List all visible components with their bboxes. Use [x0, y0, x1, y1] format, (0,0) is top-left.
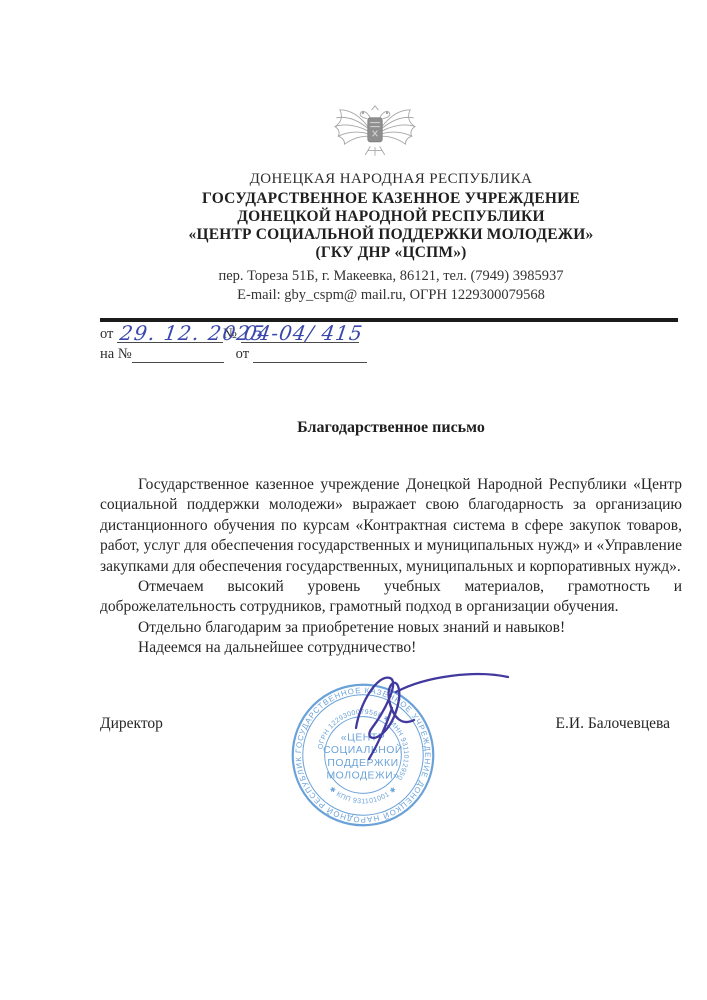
- body-paragraph: Государственное казенное учреждение Доне…: [100, 475, 682, 577]
- outgoing-from-label: от: [100, 326, 113, 342]
- incoming-date-underline: [253, 348, 367, 363]
- letterhead-org-line3: «ЦЕНТР СОЦИАЛЬНОЙ ПОДДЕРЖКИ МОЛОДЕЖИ»: [100, 226, 682, 244]
- letterhead: ДОНЕЦКАЯ НАРОДНАЯ РЕСПУБЛИКА ГОСУДАРСТВЕ…: [100, 0, 682, 304]
- emblem-wrap: [84, 100, 666, 163]
- svg-text:✱ КПП 931101001 ✱: ✱ КПП 931101001 ✱: [328, 785, 398, 805]
- dnr-eagle-emblem-icon: [327, 100, 423, 158]
- letterhead-org-line2: ДОНЕЦКОЙ НАРОДНОЙ РЕСПУБЛИКИ: [100, 208, 682, 226]
- outgoing-ref-line: от 29. 12. 2025 № 04-04/ 415: [100, 326, 682, 343]
- reference-block: от 29. 12. 2025 № 04-04/ 415 на №от: [100, 326, 682, 363]
- letter-page: ДОНЕЦКАЯ НАРОДНАЯ РЕСПУБЛИКА ГОСУДАРСТВЕ…: [0, 0, 707, 1000]
- letterhead-org-line1: ГОСУДАРСТВЕННОЕ КАЗЕННОЕ УЧРЕЖДЕНИЕ: [100, 190, 682, 208]
- letter-body: Государственное казенное учреждение Доне…: [100, 475, 682, 659]
- incoming-ref-line: на №от: [100, 346, 682, 363]
- outgoing-date-underline: 29. 12. 2025: [117, 328, 223, 343]
- incoming-number-label: на №: [100, 346, 132, 362]
- signer-name: Е.И. Балочевцева: [556, 715, 682, 733]
- incoming-number-underline: [132, 348, 224, 363]
- letterhead-email: E-mail: gby_cspm@ mail.ru, ОГРН 12293000…: [100, 287, 682, 304]
- stamp-center-line4: МОЛОДЕЖИ»: [326, 771, 399, 782]
- body-paragraph: Отмечаем высокий уровень учебных материа…: [100, 577, 682, 618]
- letterhead-address: пер. Тореза 51Б, г. Макеевка, 86121, тел…: [100, 268, 682, 285]
- letterhead-org-line4: (ГКУ ДНР «ЦСПМ»): [100, 244, 682, 262]
- director-signature-ink: [338, 664, 520, 764]
- document-title: Благодарственное письмо: [100, 419, 682, 437]
- stamp-inner-ring-bottom-text: ✱ КПП 931101001 ✱: [328, 785, 398, 805]
- body-paragraph: Отдельно благодарим за приобретение новы…: [100, 618, 682, 638]
- incoming-from-label: от: [236, 346, 249, 362]
- handwritten-number: 04-04/ 415: [242, 321, 364, 345]
- signer-position: Директор: [100, 715, 163, 733]
- body-paragraph: Надеемся на дальнейшее сотрудничество!: [100, 638, 682, 658]
- letterhead-country: ДОНЕЦКАЯ НАРОДНАЯ РЕСПУБЛИКА: [100, 171, 682, 188]
- outgoing-number-underline: 04-04/ 415: [241, 328, 359, 343]
